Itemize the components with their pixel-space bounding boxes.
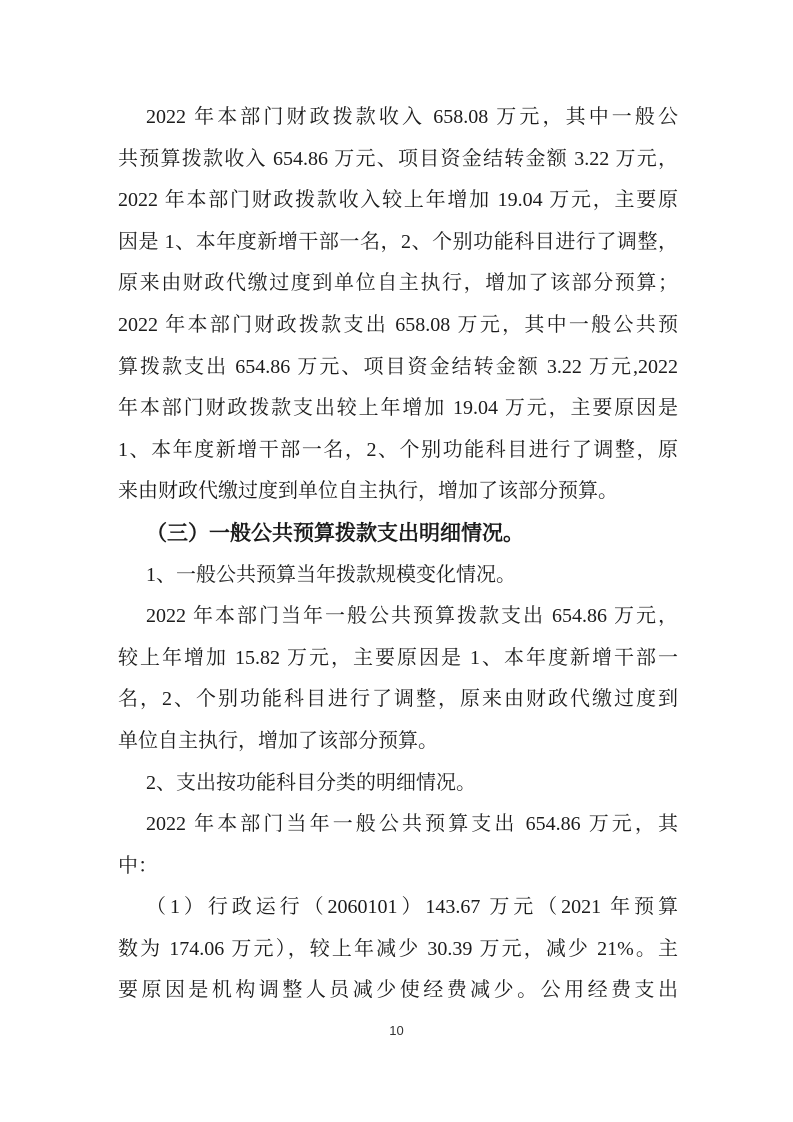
paragraph-expenditure-intro: 2022 年本部门当年一般公共预算支出 654.86 万元，其 中： [118, 804, 678, 887]
paragraph-admin-operation: （1）行政运行（2060101）143.67 万元（2021 年预算 数为 17… [118, 887, 678, 1012]
text-line: 2、支出按功能科目分类的明细情况。 [118, 763, 678, 805]
text-line: 要原因是机构调整人员减少使经费减少。公用经费支出 [118, 970, 678, 1012]
text-line: 1、一般公共预算当年拨款规模变化情况。 [118, 555, 678, 597]
text-line: 单位自主执行，增加了该部分预算。 [118, 721, 678, 763]
page-footer: 10 [0, 1022, 793, 1040]
text-line: 2022 年本部门财政拨款支出 658.08 万元，其中一般公共预 [118, 305, 678, 347]
text-line: 数为 174.06 万元），较上年减少 30.39 万元，减少 21%。主 [118, 929, 678, 971]
text-line: 2022 年本部门当年一般公共预算支出 654.86 万元，其 [118, 804, 678, 846]
text-line: 年本部门财政拨款支出较上年增加 19.04 万元，主要原因是 [118, 388, 678, 430]
text-line: 因是 1、本年度新增干部一名，2、个别功能科目进行了调整， [118, 222, 678, 264]
document-page: 2022 年本部门财政拨款收入 658.08 万元，其中一般公 共预算拨款收入 … [0, 0, 793, 1122]
paragraph-fiscal-overview: 2022 年本部门财政拨款收入 658.08 万元，其中一般公 共预算拨款收入 … [118, 97, 678, 513]
text-line: 来由财政代缴过度到单位自主执行，增加了该部分预算。 [118, 471, 678, 513]
text-line: 较上年增加 15.82 万元，主要原因是 1、本年度新增干部一 [118, 638, 678, 680]
text-line: 2022 年本部门财政拨款收入 658.08 万元，其中一般公 [118, 97, 678, 139]
page-number: 10 [389, 1023, 403, 1038]
text-line: 2022 年本部门财政拨款收入较上年增加 19.04 万元，主要原 [118, 180, 678, 222]
paragraph-subitem-2-title: 2、支出按功能科目分类的明细情况。 [118, 763, 678, 805]
text-line: 算拨款支出 654.86 万元、项目资金结转金额 3.22 万元,2022 [118, 347, 678, 389]
body-text: 2022 年本部门财政拨款收入 658.08 万元，其中一般公 共预算拨款收入 … [118, 97, 678, 1012]
paragraph-budget-scale-change: 2022 年本部门当年一般公共预算拨款支出 654.86 万元， 较上年增加 1… [118, 596, 678, 762]
paragraph-section-heading: （三）一般公共预算拨款支出明细情况。 [118, 513, 678, 555]
paragraph-subitem-1-title: 1、一般公共预算当年拨款规模变化情况。 [118, 555, 678, 597]
text-line: 共预算拨款收入 654.86 万元、项目资金结转金额 3.22 万元， [118, 139, 678, 181]
section-heading: （三）一般公共预算拨款支出明细情况。 [118, 513, 678, 555]
text-line: 2022 年本部门当年一般公共预算拨款支出 654.86 万元， [118, 596, 678, 638]
text-line: 1、本年度新增干部一名，2、个别功能科目进行了调整，原 [118, 430, 678, 472]
text-line: 名，2、个别功能科目进行了调整，原来由财政代缴过度到 [118, 679, 678, 721]
text-line: 原来由财政代缴过度到单位自主执行，增加了该部分预算； [118, 263, 678, 305]
text-line: （1）行政运行（2060101）143.67 万元（2021 年预算 [118, 887, 678, 929]
text-line: 中： [118, 846, 678, 888]
